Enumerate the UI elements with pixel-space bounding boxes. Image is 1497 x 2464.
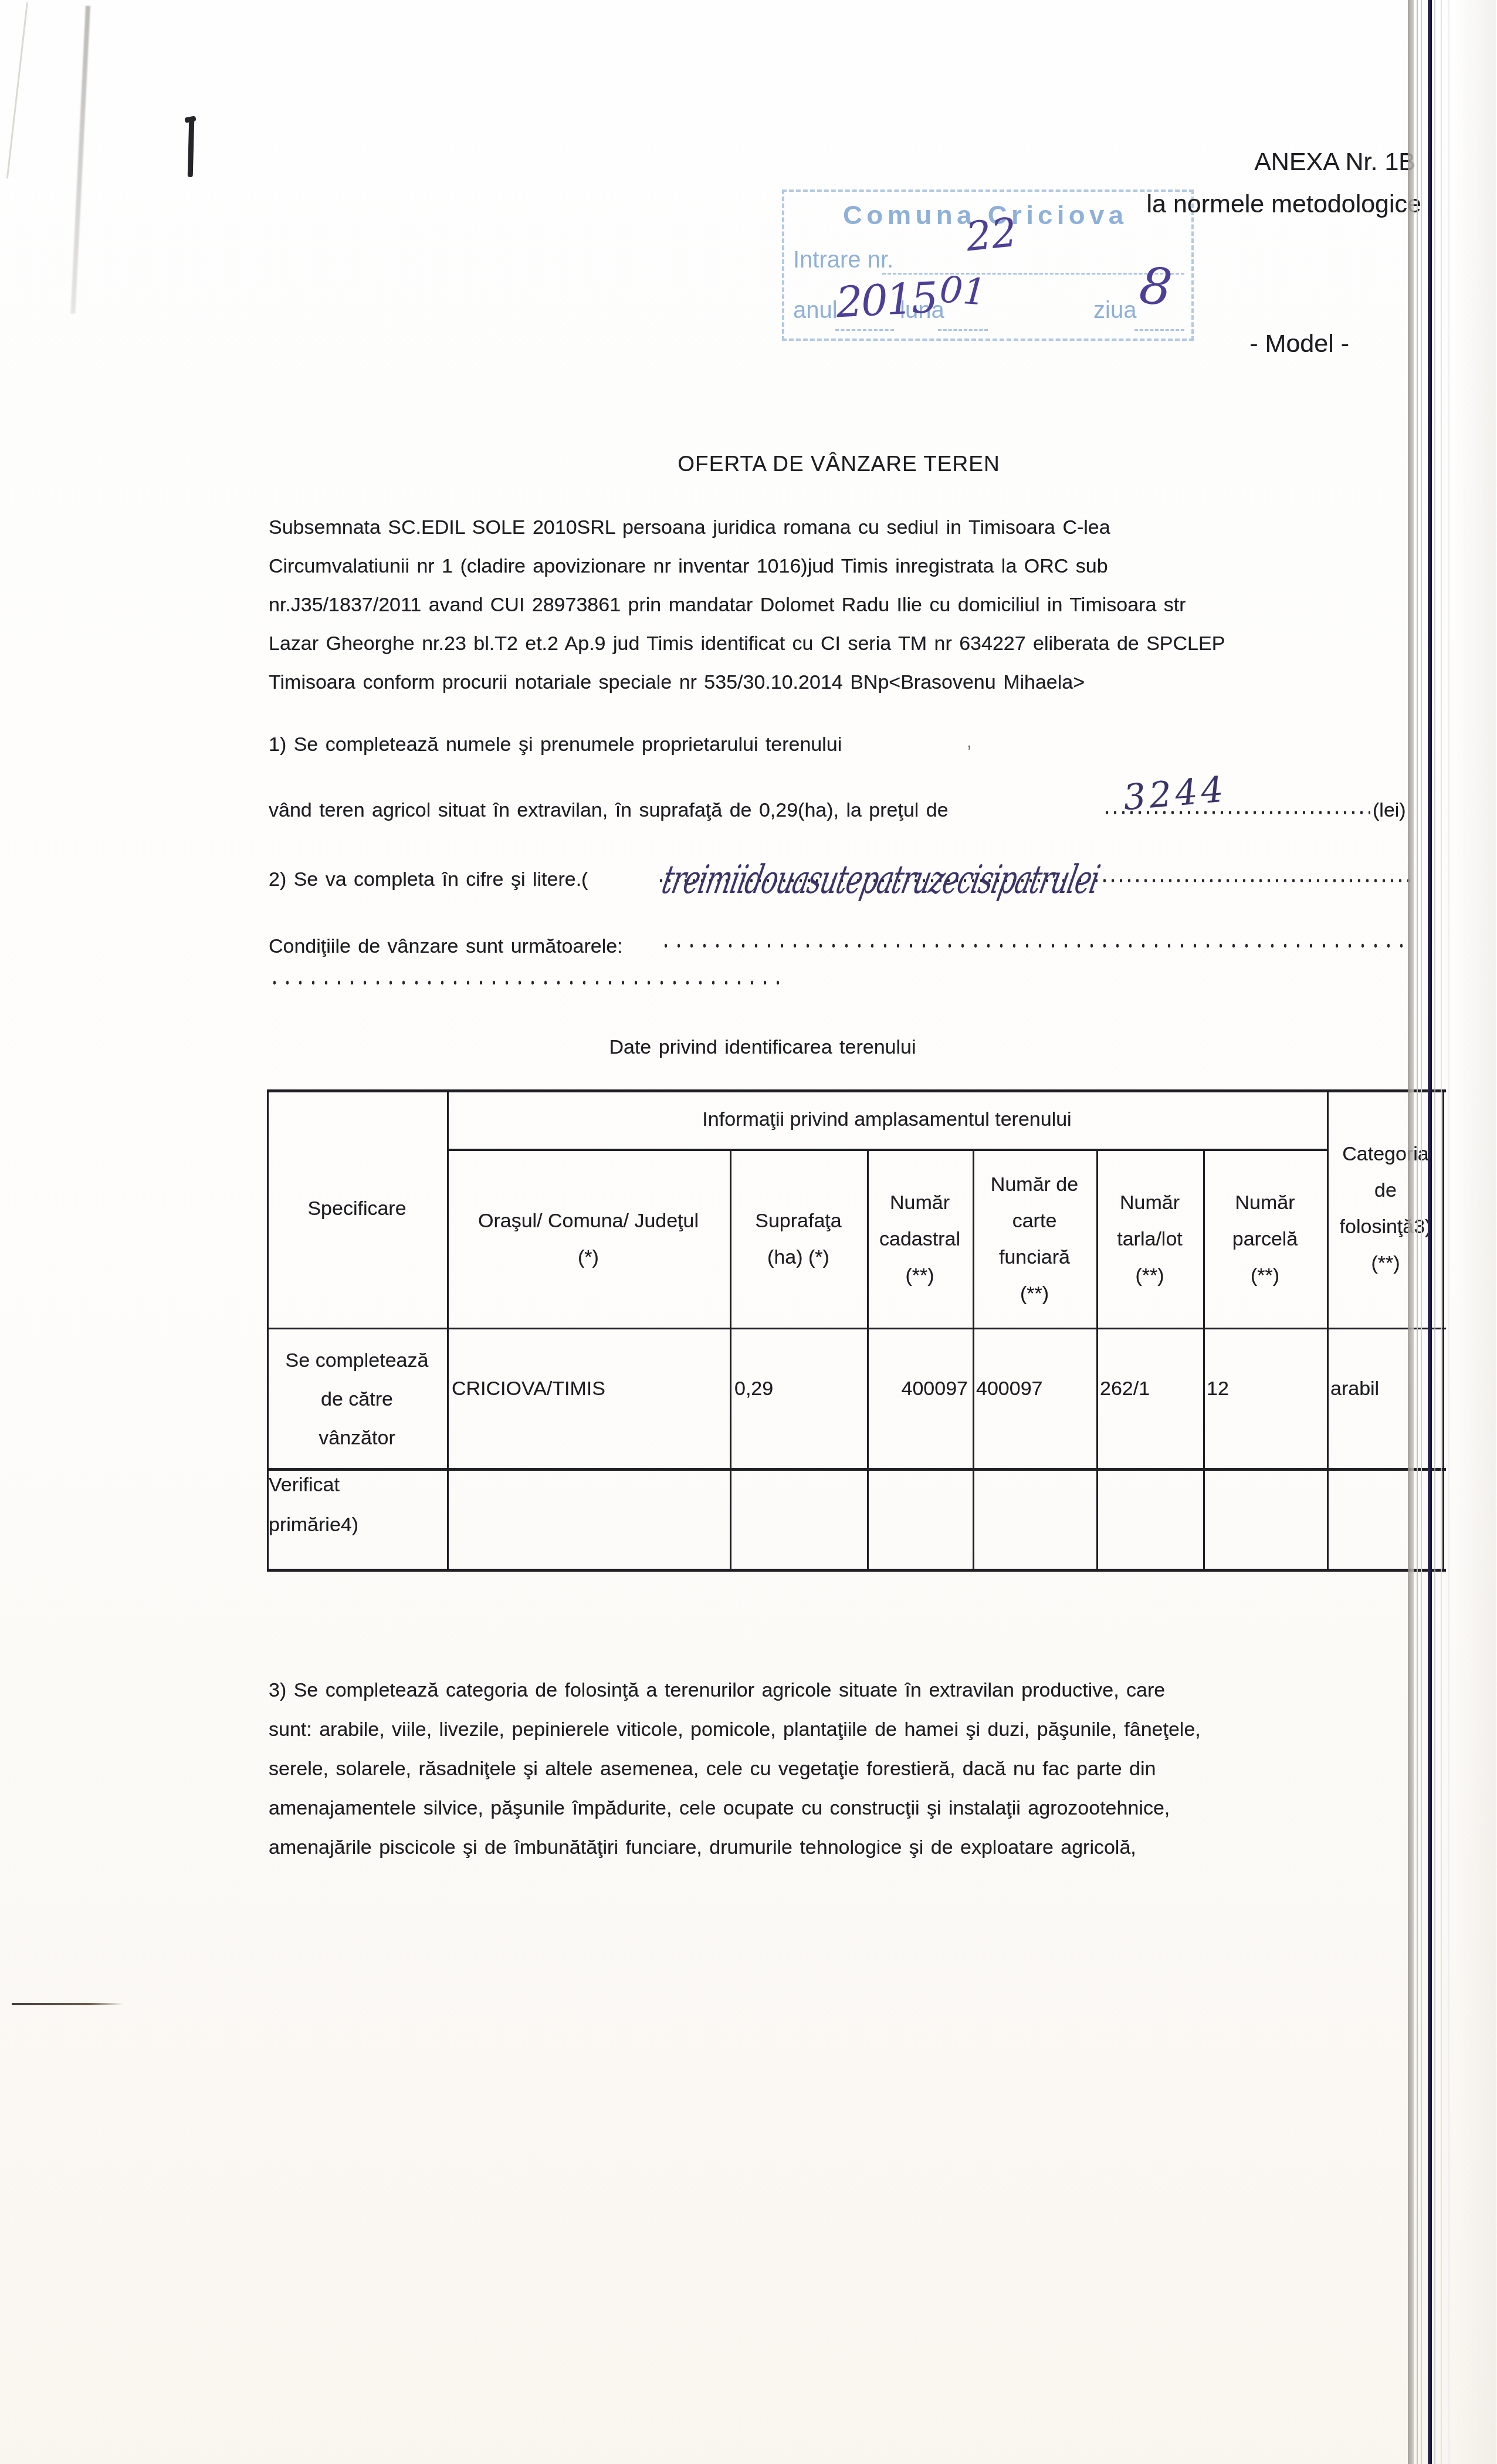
table-border	[267, 1569, 1446, 1572]
stamp-month-underline	[938, 329, 988, 331]
price-suffix: (lei)	[1373, 791, 1406, 830]
th-line: (**)	[1135, 1257, 1164, 1294]
intro-line: Circumvalatiunii nr 1 (cladire apovizion…	[269, 547, 1108, 585]
cell-parcela: 12	[1207, 1377, 1229, 1400]
th-suprafata: Suprafaţa (ha) (*)	[730, 1150, 867, 1328]
paper-edge-artifact	[6, 2, 28, 178]
th-specificare: Specificare	[267, 1089, 447, 1328]
intro-line: Timisoara conform procurii notariale spe…	[269, 663, 1085, 702]
pen-mark-artifact	[188, 119, 195, 177]
stamp-day-label: ziua	[1093, 297, 1136, 324]
stamp-year-underline	[835, 329, 894, 331]
th-amplasament-label: Informaţii privind amplasamentul terenul…	[702, 1101, 1071, 1138]
footnote-line: 3) Se completează categoria de folosinţă…	[269, 1671, 1165, 1710]
stamp-day-handwritten: 8	[1137, 256, 1175, 317]
scan-streak-artifact	[70, 6, 90, 314]
footnote-line: serele, solarele, răsadniţele şi altele …	[269, 1749, 1156, 1789]
th-parcela: Număr parcelă (**)	[1203, 1150, 1327, 1328]
th-carte-funciara: Număr de carte funciară (**)	[973, 1150, 1096, 1328]
th-line: Categoria	[1342, 1136, 1428, 1172]
th-line: carte	[1012, 1203, 1057, 1239]
stamp-entry-label: Intrare nr.	[793, 247, 893, 273]
row-label-line: primărie4)	[269, 1514, 358, 1536]
th-line: Suprafaţa	[755, 1203, 841, 1239]
th-line: (*)	[578, 1239, 599, 1275]
annex-number: ANEXA Nr. 1B	[1254, 148, 1415, 176]
cell-categoria: arabil	[1330, 1377, 1379, 1400]
th-line: funciară	[999, 1239, 1070, 1275]
th-oras-comuna-judet: Oraşul/ Comuna/ Judeţul (*)	[447, 1150, 730, 1328]
intro-line: Subsemnata SC.EDIL SOLE 2010SRL persoana…	[269, 508, 1110, 547]
page-edge-line	[1434, 0, 1435, 2464]
annex-subtitle: la normele metodologice	[1147, 190, 1422, 218]
page-edge-band	[1408, 0, 1414, 2464]
th-line: tarla/lot	[1117, 1221, 1183, 1257]
stamp-entry-number-handwritten: 22	[964, 209, 1019, 261]
th-numar-cadastral: Număr cadastral (**)	[867, 1150, 973, 1328]
conditions-dotted-leader-2	[269, 979, 782, 987]
th-line: (**)	[905, 1257, 934, 1294]
th-line: parcelă	[1232, 1221, 1298, 1257]
price-prefix: vând teren agricol situat în extravilan,…	[269, 791, 949, 830]
cell-suprafata: 0,29	[734, 1377, 773, 1400]
row-seller-label: Se completează de către vânzător	[267, 1332, 447, 1467]
th-line: (**)	[1020, 1275, 1049, 1312]
scan-line-artifact	[12, 2003, 123, 2005]
model-label: - Model -	[1249, 330, 1349, 358]
scanned-document-page: Comuna Criciova Intrare nr. anul luna zi…	[0, 0, 1497, 2464]
page-edge-dark-line	[1428, 0, 1432, 2464]
row-label-line: Se completează	[286, 1341, 429, 1380]
row-label-line: de către	[321, 1380, 393, 1419]
footnote-line: amenajările piscicole şi de îmbunătăţiri…	[269, 1828, 1136, 1867]
amount-in-words-handwritten: treimiidouasutepatruzecisipatrulei	[658, 857, 1103, 902]
conditions-label: Condiţiile de vânzare sunt următoarele:	[269, 927, 623, 966]
th-line: Specificare	[307, 1190, 406, 1227]
th-line: (**)	[1371, 1245, 1400, 1281]
table-title: Date privind identificarea terenului	[566, 1028, 959, 1067]
stamp-year-label: anul	[793, 297, 838, 324]
th-line: cadastral	[879, 1221, 960, 1257]
row-label-line: Verificat	[269, 1474, 340, 1497]
stamp-year-handwritten: 2015	[835, 273, 937, 327]
th-line: (**)	[1251, 1257, 1279, 1294]
page-edge-line	[1441, 0, 1442, 2464]
th-amplasament: Informaţii privind amplasamentul terenul…	[447, 1089, 1327, 1149]
stamp-month-handwritten: 01	[939, 268, 988, 313]
th-line: Număr	[1120, 1184, 1180, 1221]
th-line: Număr	[1235, 1184, 1295, 1221]
page-edge-shadow	[1455, 0, 1496, 2464]
conditions-dotted-leader	[660, 942, 1410, 950]
stamp-day-underline	[1134, 329, 1184, 331]
row-label-line: vânzător	[319, 1419, 395, 1457]
th-categoria-folosinta: Categoria de folosinţă3) (**)	[1327, 1089, 1444, 1328]
intro-line: Lazar Gheorghe nr.23 bl.T2 et.2 Ap.9 jud…	[269, 624, 1225, 663]
th-line: Număr de	[991, 1166, 1078, 1203]
footnote-line: sunt: arabile, viile, livezile, pepinier…	[269, 1710, 1201, 1749]
th-line: Oraşul/ Comuna/ Judeţul	[478, 1203, 699, 1239]
th-line: de	[1374, 1172, 1397, 1209]
document-title: OFERTA DE VÂNZARE TEREN	[267, 452, 1411, 476]
th-line: Număr	[890, 1184, 950, 1221]
table-border	[267, 1328, 1446, 1329]
th-tarla-lot: Număr tarla/lot (**)	[1096, 1150, 1203, 1328]
intro-line: nr.J35/1837/2011 avand CUI 28973861 prin…	[269, 585, 1186, 624]
footnote-line: amenajamentele silvice, păşunile împădur…	[269, 1789, 1170, 1828]
ink-speck-artifact: ,	[967, 732, 971, 752]
page-edge-line	[1421, 0, 1422, 2464]
note-1: 1) Se completează numele şi prenumele pr…	[269, 725, 842, 764]
pen-mark-cap-artifact	[184, 116, 196, 123]
page-edge-line	[1417, 0, 1418, 2464]
cell-carte-funciara: 400097	[976, 1377, 1042, 1400]
cell-tarla-lot: 262/1	[1100, 1377, 1150, 1400]
cell-numar-cadastral: 400097	[867, 1377, 968, 1400]
page-edge-line	[1448, 0, 1449, 2464]
registration-stamp: Comuna Criciova Intrare nr. anul luna zi…	[782, 189, 1194, 341]
table-border	[267, 1468, 1446, 1471]
th-line: (ha) (*)	[767, 1239, 829, 1275]
cell-localitate: CRICIOVA/TIMIS	[452, 1377, 605, 1400]
note2-prefix: 2) Se va completa în cifre şi litere.(	[269, 860, 588, 899]
